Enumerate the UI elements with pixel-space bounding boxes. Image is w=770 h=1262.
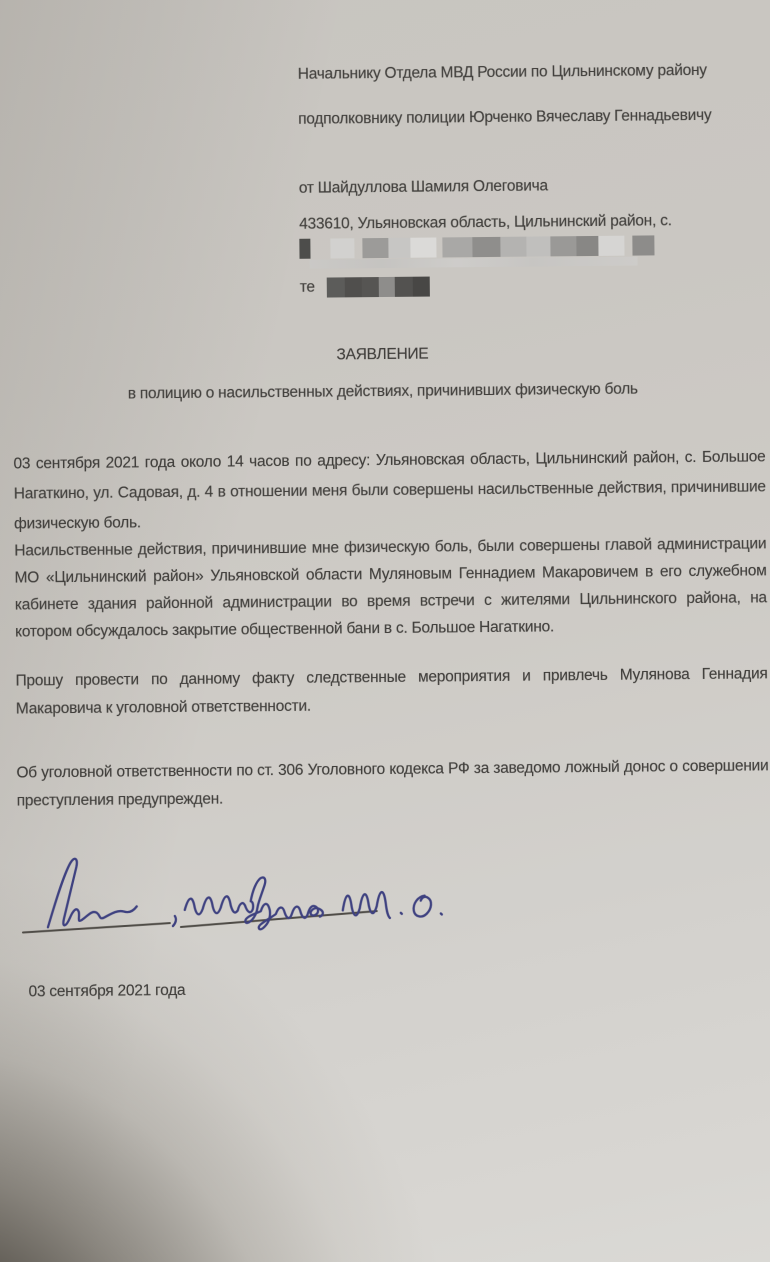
signature-ink bbox=[47, 855, 442, 931]
paragraph-4: Об уголовной ответственности по ст. 306 … bbox=[16, 752, 769, 815]
document-title: ЗАЯВЛЕНИЕ bbox=[0, 341, 768, 367]
phone-prefix: те bbox=[300, 279, 315, 297]
title-block: ЗАЯВЛЕНИЕ в полицию о насильственных дей… bbox=[0, 341, 768, 405]
photo-background: Начальнику Отдела МВД России по Цильнинс… bbox=[0, 0, 770, 1262]
signature-period-1 bbox=[401, 913, 402, 914]
recipient-block: Начальнику Отдела МВД России по Цильнинс… bbox=[298, 60, 764, 154]
redacted-phone bbox=[327, 277, 430, 298]
signature-initial-o bbox=[414, 896, 432, 917]
date-line: 03 сентября 2021 года bbox=[28, 982, 185, 1002]
paragraph-2: Насильственные действия, причинившие мне… bbox=[14, 530, 767, 645]
paragraph-1: 03 сентября 2021 года около 14 часов по … bbox=[13, 442, 766, 539]
paragraph-3: Прошу провести по данному факту следстве… bbox=[15, 660, 768, 723]
document-page: Начальнику Отдела МВД России по Цильнинс… bbox=[0, 0, 770, 1262]
address-line: 433610, Ульяновская область, Цильнинский… bbox=[299, 210, 764, 234]
signature-initial-sh bbox=[343, 892, 390, 918]
document-subtitle: в полицию о насильственных действиях, пр… bbox=[0, 378, 768, 405]
signature-comma bbox=[173, 916, 176, 926]
applicant-block: от Шайдуллова Шамиля Олеговича 433610, У… bbox=[299, 174, 765, 297]
from-line: от Шайдуллова Шамиля Олеговича bbox=[299, 174, 764, 198]
signature-flourish bbox=[47, 858, 137, 927]
redacted-address bbox=[299, 234, 764, 258]
phone-row: те bbox=[300, 273, 765, 297]
signature-period-2 bbox=[441, 913, 442, 914]
recipient-line-2: подполковнику полиции Юрченко Вячеславу … bbox=[298, 105, 763, 129]
recipient-line-1: Начальнику Отдела МВД России по Цильнинс… bbox=[298, 60, 763, 84]
signature-block bbox=[12, 845, 513, 950]
redacted-address-ghost bbox=[310, 257, 638, 269]
